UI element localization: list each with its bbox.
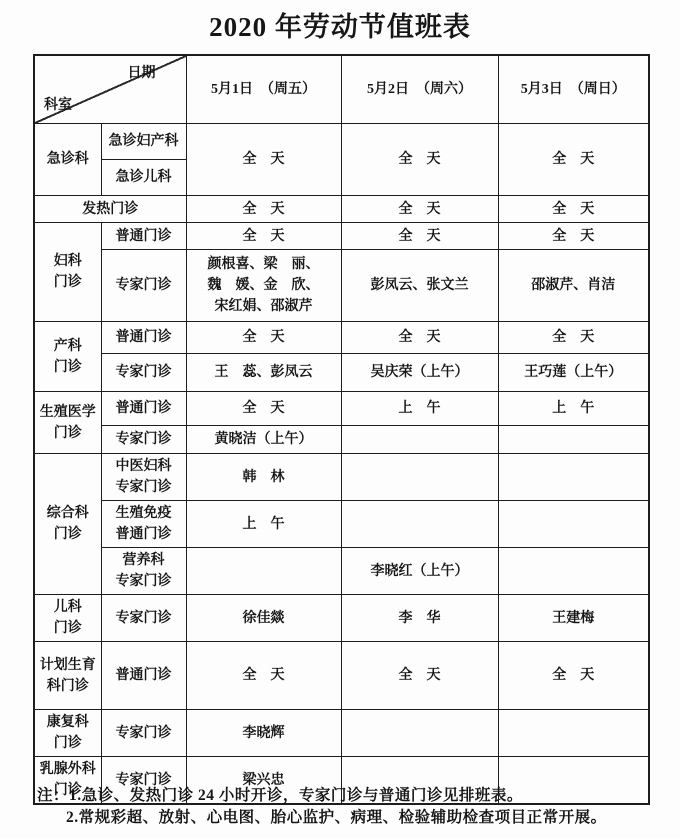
schedule-cell: 全 天 [341, 196, 498, 223]
corner-header-cell: 日期 科室 [34, 55, 186, 124]
subdept-cell: 专家门诊 [101, 250, 186, 322]
table-row: 发热门诊 全 天 全 天 全 天 [34, 196, 649, 223]
schedule-cell: 全 天 [186, 196, 341, 223]
schedule-cell: 全 天 [186, 642, 341, 710]
schedule-cell: 全 天 [341, 642, 498, 710]
table-row: 专家门诊 王 蕊、彭凤云 吴庆荣（上午） 王巧莲（上午） [34, 354, 649, 392]
column-header-day1: 5月1日 （周五） [186, 55, 341, 124]
schedule-cell: 王巧莲（上午） [498, 354, 649, 392]
dept-cell: 急诊科 [34, 124, 101, 196]
schedule-cell: 李 华 [341, 595, 498, 642]
table-row: 产科 门诊 普通门诊 全 天 全 天 全 天 [34, 322, 649, 354]
subdept-cell: 专家门诊 [101, 710, 186, 757]
schedule-cell: 全 天 [498, 642, 649, 710]
schedule-cell: 邵淑芹、肖洁 [498, 250, 649, 322]
dept-cell: 生殖医学 门诊 [34, 392, 101, 454]
schedule-cell: 全 天 [498, 124, 649, 196]
dept-cell: 计划生育 科门诊 [34, 642, 101, 710]
schedule-cell: 徐佳燚 [186, 595, 341, 642]
dept-cell: 康复科 门诊 [34, 710, 101, 757]
column-header-day3: 5月3日 （周日） [498, 55, 649, 124]
schedule-cell [498, 548, 649, 595]
footnote-1: 注：1.急诊、发热门诊 24 小时开诊，专家门诊与普通门诊见排班表。 [37, 785, 667, 807]
schedule-cell [341, 501, 498, 548]
schedule-cell: 全 天 [498, 196, 649, 223]
schedule-cell: 颜根喜、梁 丽、 魏 媛、金 欣、 宋红娟、邵淑芹 [186, 250, 341, 322]
table-row: 专家门诊 颜根喜、梁 丽、 魏 媛、金 欣、 宋红娟、邵淑芹 彭凤云、张文兰 邵… [34, 250, 649, 322]
schedule-cell [341, 710, 498, 757]
subdept-cell: 中医妇科 专家门诊 [101, 454, 186, 501]
schedule-cell: 全 天 [341, 223, 498, 250]
table-row: 计划生育 科门诊 普通门诊 全 天 全 天 全 天 [34, 642, 649, 710]
subdept-cell: 急诊妇产科 [101, 124, 186, 160]
schedule-cell: 王 蕊、彭凤云 [186, 354, 341, 392]
corner-date-label: 日期 [128, 63, 156, 84]
table-row: 生殖免疫 普通门诊 上 午 [34, 501, 649, 548]
schedule-cell [186, 548, 341, 595]
table-row: 儿科 门诊 专家门诊 徐佳燚 李 华 王建梅 [34, 595, 649, 642]
subdept-cell: 普通门诊 [101, 392, 186, 426]
subdept-cell: 普通门诊 [101, 223, 186, 250]
schedule-cell: 吴庆荣（上午） [341, 354, 498, 392]
schedule-cell [498, 454, 649, 501]
schedule-cell: 彭凤云、张文兰 [341, 250, 498, 322]
schedule-cell: 韩 林 [186, 454, 341, 501]
schedule-cell: 全 天 [498, 322, 649, 354]
schedule-cell: 全 天 [341, 124, 498, 196]
schedule-cell [341, 454, 498, 501]
table-row: 综合科 门诊 中医妇科 专家门诊 韩 林 [34, 454, 649, 501]
schedule-cell: 全 天 [498, 223, 649, 250]
footnote-2: 2.常规彩超、放射、心电图、胎心监护、病理、检验辅助检查项目正常开展。 [37, 807, 667, 829]
table-row: 急诊科 急诊妇产科 全 天 全 天 全 天 [34, 124, 649, 160]
table-row: 营养科 专家门诊 李晓红（上午） [34, 548, 649, 595]
schedule-cell: 王建梅 [498, 595, 649, 642]
schedule-cell [341, 426, 498, 454]
dept-cell: 发热门诊 [34, 196, 186, 223]
column-header-day2: 5月2日 （周六） [341, 55, 498, 124]
schedule-cell: 李晓辉 [186, 710, 341, 757]
table-row: 生殖医学 门诊 普通门诊 全 天 上 午 上 午 [34, 392, 649, 426]
subdept-cell: 普通门诊 [101, 322, 186, 354]
schedule-cell: 全 天 [186, 392, 341, 426]
schedule-cell: 全 天 [186, 223, 341, 250]
schedule-cell: 上 午 [186, 501, 341, 548]
dept-cell: 产科 门诊 [34, 322, 101, 392]
schedule-cell: 上 午 [498, 392, 649, 426]
table-row: 专家门诊 黄晓洁（上午） [34, 426, 649, 454]
schedule-document: 2020 年劳动节值班表 日期 科室 5月1日 （周五） 5月2日 （周六） 5… [0, 0, 680, 838]
header-row: 日期 科室 5月1日 （周五） 5月2日 （周六） 5月3日 （周日） [34, 55, 649, 124]
table-row: 康复科 门诊 专家门诊 李晓辉 [34, 710, 649, 757]
table-row: 妇科 门诊 普通门诊 全 天 全 天 全 天 [34, 223, 649, 250]
subdept-cell: 专家门诊 [101, 354, 186, 392]
corner-dept-label: 科室 [44, 95, 72, 116]
schedule-cell [498, 426, 649, 454]
schedule-cell [498, 501, 649, 548]
subdept-cell: 急诊儿科 [101, 160, 186, 196]
dept-cell: 综合科 门诊 [34, 454, 101, 595]
subdept-cell: 专家门诊 [101, 426, 186, 454]
dept-cell: 妇科 门诊 [34, 223, 101, 322]
schedule-cell: 上 午 [341, 392, 498, 426]
schedule-cell: 全 天 [186, 322, 341, 354]
subdept-cell: 生殖免疫 普通门诊 [101, 501, 186, 548]
schedule-cell: 全 天 [341, 322, 498, 354]
subdept-cell: 专家门诊 [101, 595, 186, 642]
page-title: 2020 年劳动节值班表 [0, 5, 680, 44]
footnotes: 注：1.急诊、发热门诊 24 小时开诊，专家门诊与普通门诊见排班表。 2.常规彩… [37, 785, 667, 830]
duty-table: 日期 科室 5月1日 （周五） 5月2日 （周六） 5月3日 （周日） 急诊科 … [33, 54, 650, 805]
subdept-cell: 普通门诊 [101, 642, 186, 710]
schedule-cell: 全 天 [186, 124, 341, 196]
schedule-cell [498, 710, 649, 757]
dept-cell: 儿科 门诊 [34, 595, 101, 642]
schedule-cell: 李晓红（上午） [341, 548, 498, 595]
schedule-cell: 黄晓洁（上午） [186, 426, 341, 454]
subdept-cell: 营养科 专家门诊 [101, 548, 186, 595]
